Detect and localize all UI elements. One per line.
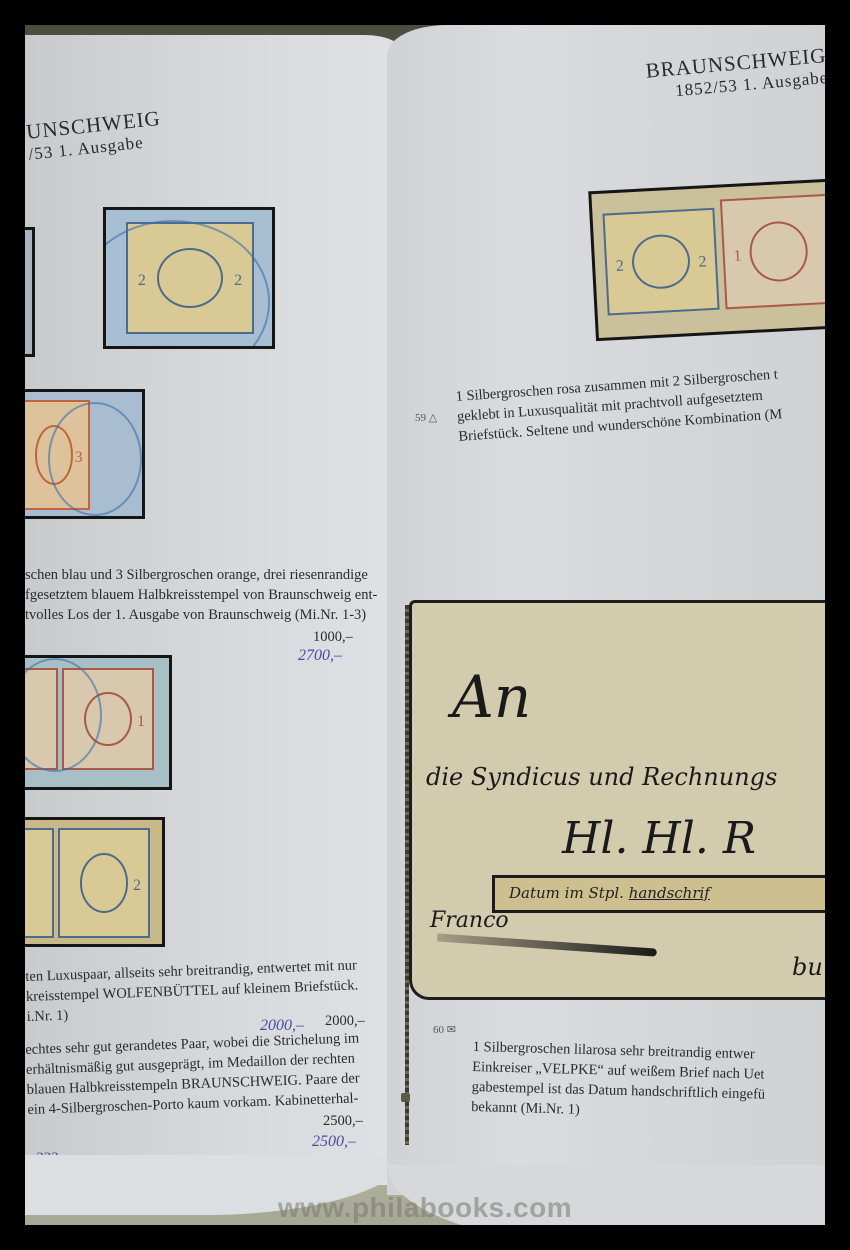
lot-c-handwritten-price: 2500,–: [312, 1133, 356, 1151]
stamp-frame-cropped: [25, 227, 35, 357]
stamp-blue-2-silbergroschen-left: [25, 828, 54, 938]
lot-a-handwritten-price: 2700,–: [298, 647, 342, 665]
stamp-value: 2: [133, 877, 141, 895]
stamp-value: 2: [615, 258, 624, 276]
left-page: UNSCHWEIG /53 1. Ausgabe 2 2 3 schen bla…: [25, 35, 405, 1185]
watermark: www.philabooks.com: [0, 1192, 850, 1224]
lot-60-description: 1 Silbergroschen lilarosa sehr breitrand…: [471, 1037, 767, 1125]
lot-b-description: ten Luxuspaar, allseits sehr breitrandig…: [25, 955, 359, 1027]
stamp-value: 1: [733, 247, 742, 265]
cover-letter-image: An die Syndicus und Rechnungs Hl. Hl. R …: [409, 600, 825, 1000]
lot-60-number: 60 ✉: [433, 1023, 456, 1036]
lot-59-number: 59 △: [415, 411, 437, 424]
lot-a-estimate: 1000,–: [313, 629, 353, 646]
left-page-number: – 322 –: [25, 1150, 70, 1167]
lot-c-description: echtes sehr gut gerandetes Paar, wobei d…: [25, 1028, 362, 1120]
stitching-knot: [401, 1093, 410, 1102]
cover-script-fragment: bu: [792, 953, 823, 981]
stamp-value: 2: [698, 253, 707, 271]
cover-script-franco: Franco: [430, 908, 509, 933]
lot-c-estimate: 2500,–: [323, 1113, 363, 1130]
stamp-value: 1: [137, 713, 145, 731]
cancel-mark: [48, 402, 142, 516]
cover-script-addressee: die Syndicus und Rechnungs: [426, 763, 777, 791]
text-line: tvolles Los der 1. Ausgabe von Braunschw…: [25, 605, 377, 625]
stamp-rose-1-silbergroschen: 1: [720, 194, 825, 310]
stamp-blue-2-silbergroschen-right: 2: [58, 828, 150, 938]
cover-annotation-label: Datum im Stpl. handschrif: [492, 875, 825, 913]
text-line: schen blau und 3 Silbergroschen orange, …: [25, 565, 377, 585]
lot-59-description: 1 Silbergroschen rosa zusammen mit 2 Sil…: [455, 364, 783, 446]
stamp-medallion: [80, 853, 128, 912]
label-text: Datum im Stpl.: [509, 884, 624, 902]
cover-script-an: An: [452, 663, 531, 731]
stamp-frame-blue-pair: 2: [25, 817, 165, 947]
stamp-blue-2-silbergroschen: 2 2: [602, 208, 719, 316]
quill-stroke: [437, 933, 657, 956]
right-page-header: BRAUNSCHWEIG 1852/53 1. Ausgabe: [645, 43, 825, 104]
lot-a-description: schen blau und 3 Silbergroschen orange, …: [25, 565, 377, 625]
stamp-frame-blue-2sgr: 2 2: [103, 207, 275, 349]
stamp-medallion: [748, 220, 809, 282]
cover-script-title: Hl. Hl. R: [562, 813, 756, 864]
stamp-medallion: [631, 233, 692, 291]
text-line: fgesetztem blauem Halbkreisstempel von B…: [25, 585, 377, 605]
book-spine-stitching: [405, 605, 409, 1145]
stamp-frame-rose-pair: 1: [25, 655, 172, 790]
label-underlined-text: handschrif: [629, 884, 710, 902]
stamp-frame-combination: 2 2 1: [588, 179, 825, 341]
lot-b-estimate: 2000,–: [325, 1013, 365, 1030]
left-page-header: UNSCHWEIG /53 1. Ausgabe: [25, 106, 164, 165]
stamp-frame-orange-3sgr: 3: [25, 389, 145, 519]
catalogue-photo: UNSCHWEIG /53 1. Ausgabe 2 2 3 schen bla…: [25, 25, 825, 1225]
